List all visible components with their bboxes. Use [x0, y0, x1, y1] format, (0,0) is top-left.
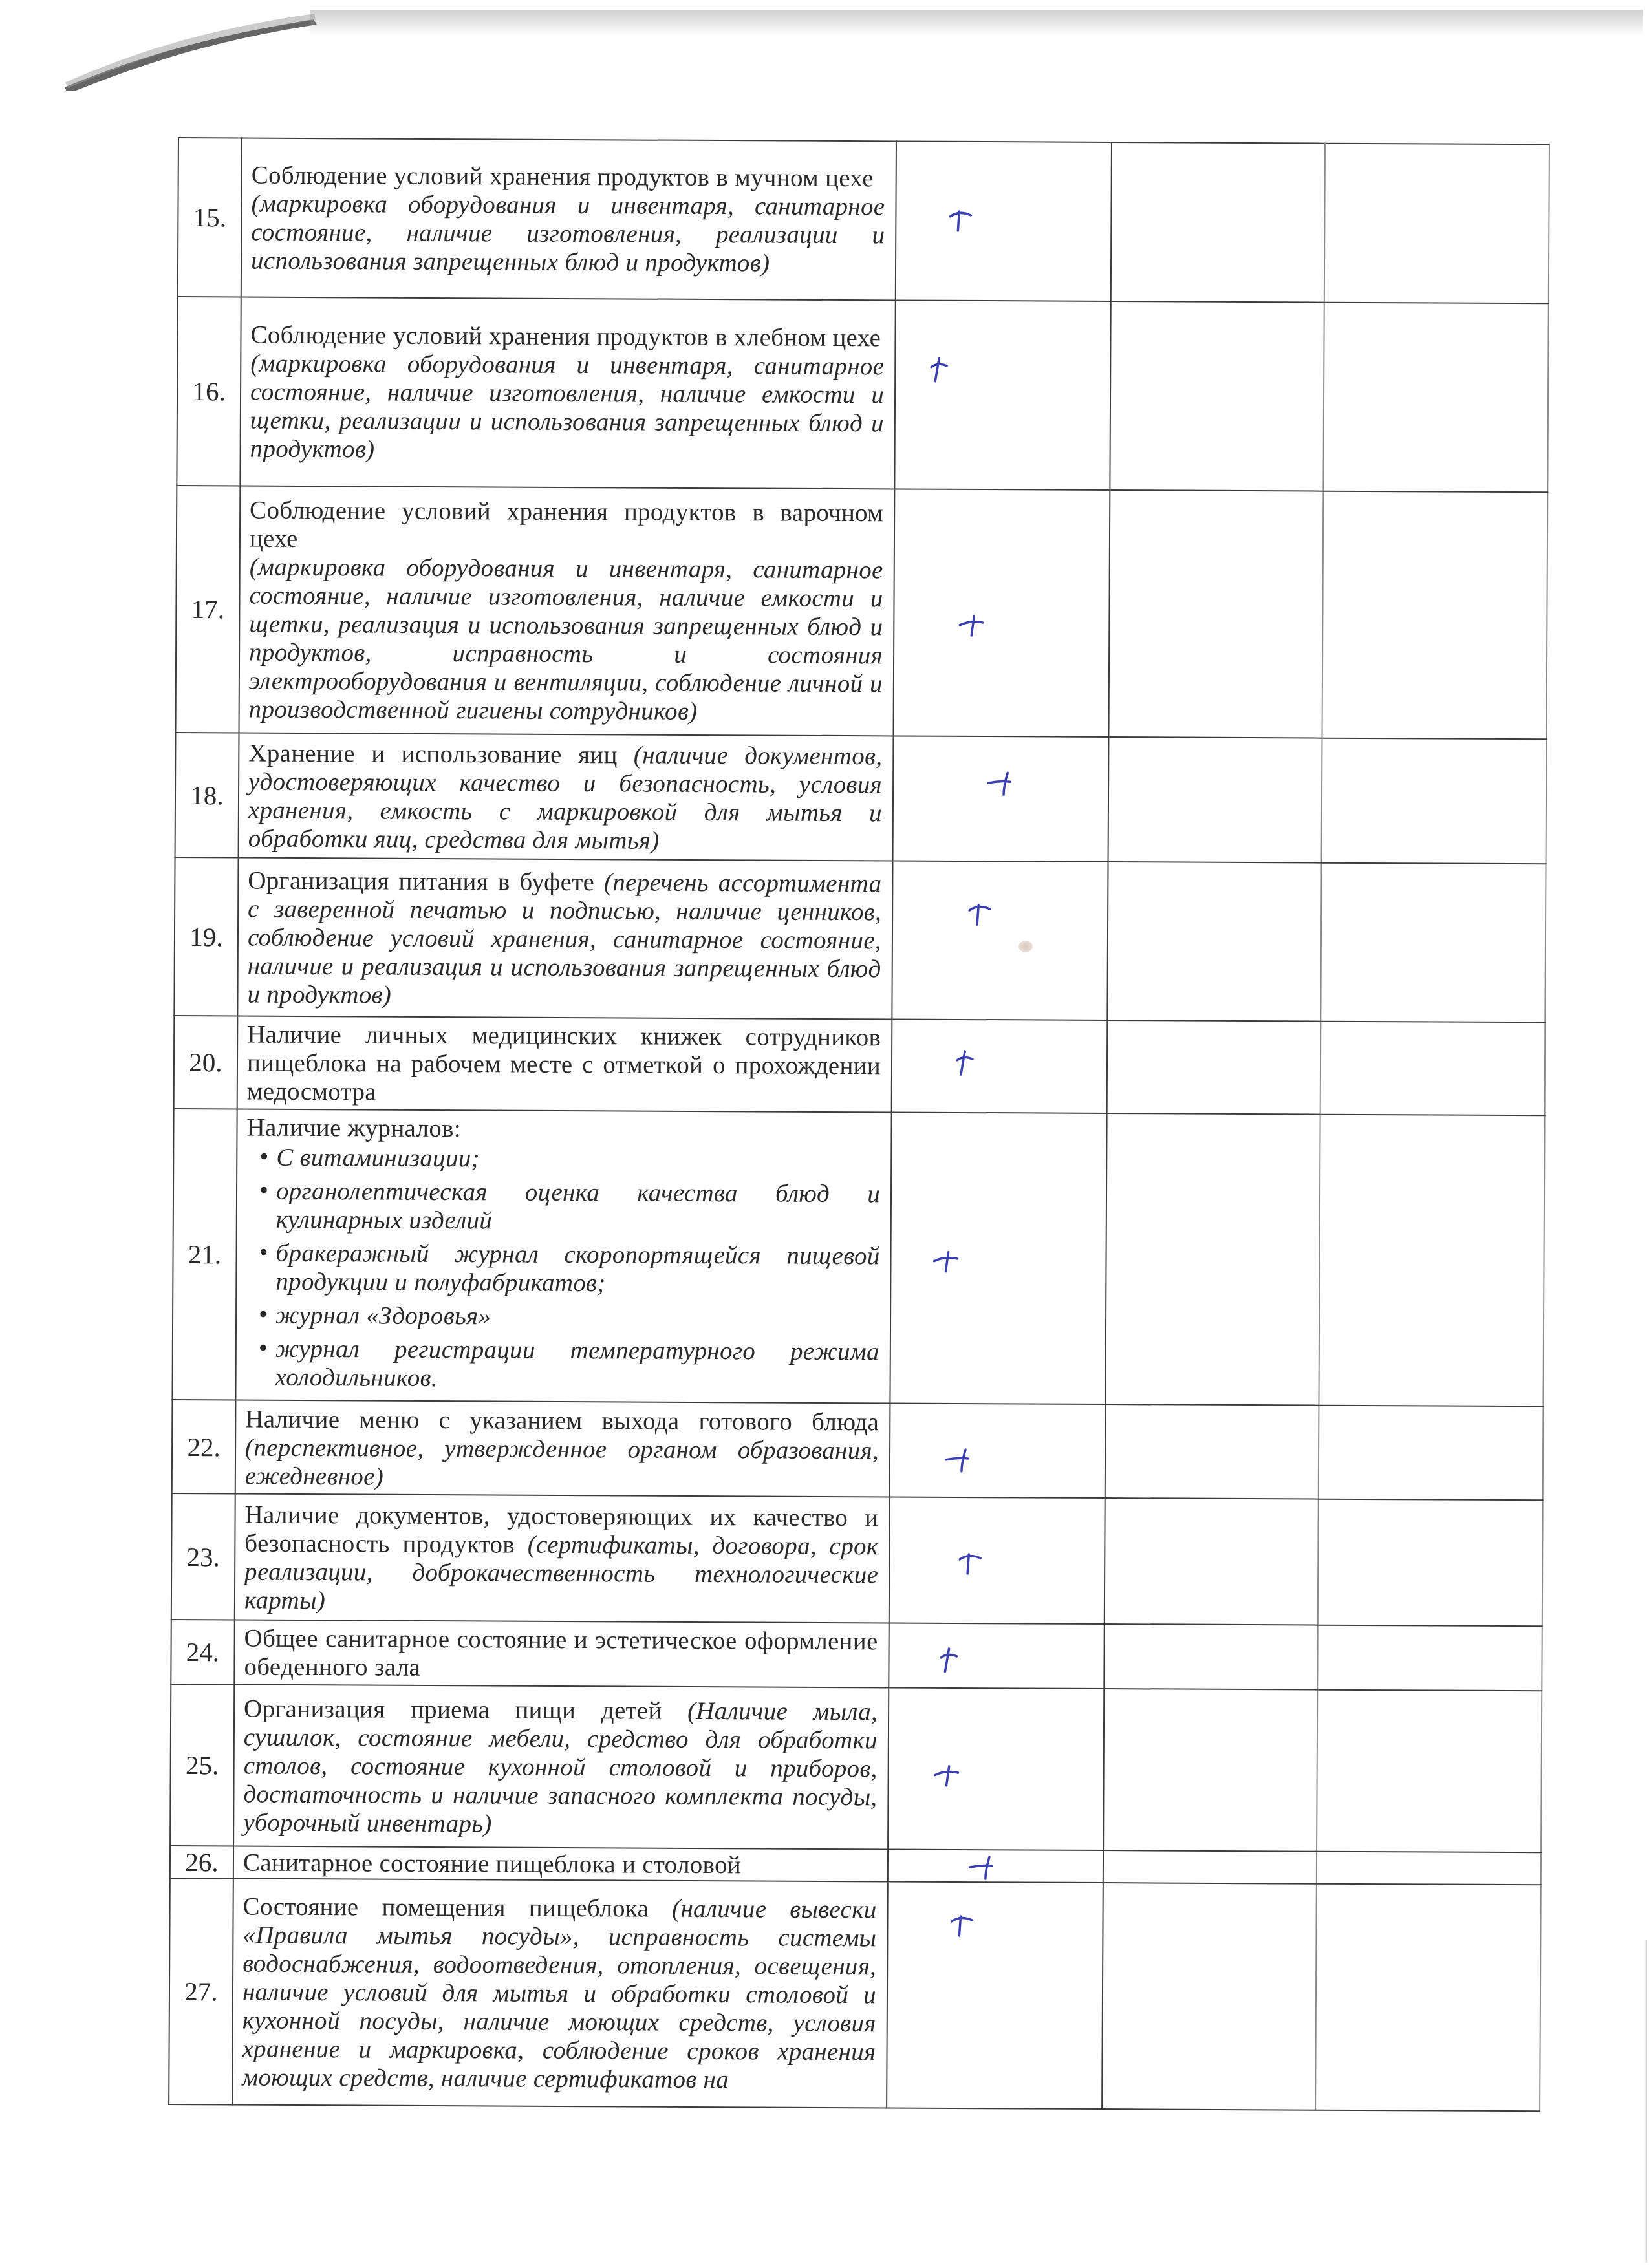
row-number: 25. [170, 1684, 234, 1846]
mark-cell[interactable] [896, 141, 1112, 301]
empty-cell[interactable] [1103, 1689, 1317, 1852]
checklist-row: 17.Соблюдение условий хранения продуктов… [175, 486, 1547, 739]
row-number: 23. [171, 1493, 235, 1620]
criterion-title: Общее санитарное состояние и эстетическо… [244, 1625, 878, 1682]
journal-list-item: бракеражный журнал скоропортящейся пищев… [264, 1239, 879, 1300]
criterion-details: (маркировка оборудования и инвентаря, са… [250, 350, 885, 464]
criterion-cell: Соблюдение условий хранения продуктов в … [240, 297, 895, 489]
empty-cell[interactable] [1324, 144, 1549, 304]
row-number: 26. [170, 1846, 233, 1878]
empty-cell[interactable] [1319, 1406, 1544, 1501]
handwritten-plus-icon [951, 1046, 980, 1076]
checklist-row: 18.Хранение и использование яиц (наличие… [175, 733, 1547, 864]
empty-cell[interactable] [1318, 1499, 1543, 1627]
criterion-cell: Наличие документов, удостоверяющих их ка… [235, 1493, 890, 1623]
empty-cell[interactable] [1320, 1022, 1546, 1116]
criterion-details: (наличие вывески «Правила мытья посуды»,… [242, 1895, 876, 2093]
empty-cell[interactable] [1317, 1852, 1541, 1885]
criterion-title: Санитарное состояние пищеблока и столово… [243, 1849, 741, 1879]
journal-list: С витаминизации;органолептическая оценка… [246, 1144, 881, 1395]
checklist-row: 27.Состояние помещения пищеблока (наличи… [169, 1878, 1541, 2111]
checklist-row: 21.Наличие журналов:С витаминизации;орга… [172, 1109, 1544, 1406]
criterion-title: Хранение и использование яиц [248, 739, 618, 769]
criterion-cell: Организация приема пищи детей (Наличие м… [233, 1684, 889, 1849]
checklist-body: 15.Соблюдение условий хранения продуктов… [169, 138, 1549, 2111]
criterion-cell: Организация питания в буфете (перечень а… [237, 857, 892, 1019]
checklist-row: 16.Соблюдение условий хранения продуктов… [177, 297, 1548, 492]
mark-cell[interactable] [888, 1849, 1103, 1883]
row-number: 27. [169, 1878, 233, 2104]
criterion-cell: Хранение и использование яиц (наличие до… [239, 733, 894, 861]
criterion-title: Наличие меню с указанием выхода готового… [245, 1405, 879, 1436]
handwritten-plus-icon [966, 1850, 996, 1880]
mark-cell[interactable] [890, 1403, 1106, 1498]
criterion-cell: Общее санитарное состояние и эстетическо… [234, 1620, 889, 1687]
criterion-cell: Санитарное состояние пищеблока и столово… [233, 1846, 888, 1881]
mark-cell[interactable] [889, 1623, 1104, 1689]
empty-cell[interactable] [1107, 1020, 1321, 1115]
empty-cell[interactable] [1111, 142, 1325, 303]
handwritten-plus-icon [925, 353, 954, 383]
checklist-row: 20.Наличие личных медицинских книжек сот… [174, 1016, 1546, 1115]
scan-edge-right [1644, 1940, 1647, 2263]
empty-cell[interactable] [1104, 1624, 1317, 1690]
criterion-cell: Наличие меню с указанием выхода готового… [235, 1400, 890, 1497]
handwritten-plus-icon [945, 204, 975, 233]
empty-cell[interactable] [1317, 1625, 1542, 1691]
criterion-details: (перспективное, утвержденное органом обр… [245, 1433, 879, 1490]
journal-list-item: С витаминизации; [264, 1144, 880, 1175]
row-number: 22. [172, 1400, 236, 1493]
checklist-row: 19.Организация питания в буфете (перечен… [174, 857, 1546, 1022]
journal-list-item: журнал «Здоровья» [264, 1301, 879, 1333]
criterion-cell: Наличие журналов:С витаминизации;органол… [235, 1109, 891, 1403]
handwritten-plus-icon [930, 1246, 960, 1276]
mark-cell[interactable] [894, 300, 1110, 490]
criterion-title: Наличие личных медицинских книжек сотруд… [247, 1021, 881, 1106]
handwritten-plus-icon [942, 1443, 972, 1473]
paper-fold-shadow [61, 13, 320, 91]
mark-cell[interactable] [893, 489, 1110, 737]
empty-cell[interactable] [1320, 863, 1546, 1023]
mark-cell[interactable] [892, 1019, 1108, 1113]
empty-cell[interactable] [1105, 1404, 1319, 1499]
criterion-title: Соблюдение условий хранения продуктов в … [252, 162, 874, 193]
mark-cell[interactable] [888, 1687, 1104, 1850]
empty-cell[interactable] [1102, 1883, 1317, 2110]
criterion-title: Наличие журналов: [246, 1114, 461, 1143]
checklist-row: 22.Наличие меню с указанием выхода готов… [172, 1400, 1544, 1500]
handwritten-plus-icon [931, 1760, 961, 1790]
criterion-title: Соблюдение условий хранения продуктов в … [250, 321, 881, 352]
empty-cell[interactable] [1105, 1498, 1319, 1625]
mark-cell[interactable] [893, 736, 1109, 862]
row-number: 16. [177, 297, 241, 486]
journal-list-item: журнал регистрации температурного режима… [264, 1335, 879, 1395]
checklist-row: 25.Организация приема пищи детей (Наличи… [170, 1684, 1542, 1852]
empty-cell[interactable] [1107, 862, 1321, 1022]
row-number: 18. [175, 733, 239, 857]
checklist-row: 24.Общее санитарное состояние и эстетиче… [171, 1620, 1542, 1691]
handwritten-plus-icon [984, 766, 1014, 796]
checklist-table: 15.Соблюдение условий хранения продуктов… [168, 137, 1550, 2112]
empty-cell[interactable] [1108, 737, 1322, 863]
empty-cell[interactable] [1315, 1884, 1541, 2112]
empty-cell[interactable] [1105, 1113, 1320, 1406]
row-number: 15. [178, 138, 242, 297]
journal-list-item: органолептическая оценка качества блюд и… [264, 1177, 880, 1237]
checklist-row: 23.Наличие документов, удостоверяющих их… [171, 1493, 1543, 1626]
scan-edge-shadow [310, 10, 1643, 36]
empty-cell[interactable] [1103, 1850, 1317, 1884]
row-number: 24. [171, 1620, 234, 1684]
checklist-row: 15.Соблюдение условий хранения продуктов… [178, 138, 1549, 303]
criterion-details: (маркировка оборудования и инвентаря, са… [249, 553, 883, 725]
mark-cell[interactable] [889, 1497, 1105, 1624]
handwritten-plus-icon [946, 1909, 976, 1938]
criterion-title: Состояние помещения пищеблока [243, 1893, 649, 1923]
criterion-cell: Состояние помещения пищеблока (наличие в… [232, 1878, 888, 2108]
row-number: 21. [172, 1109, 237, 1400]
row-number: 20. [174, 1016, 238, 1109]
row-number: 17. [175, 486, 240, 733]
handwritten-plus-icon [934, 1643, 964, 1673]
empty-cell[interactable] [1322, 738, 1547, 864]
empty-cell[interactable] [1110, 301, 1324, 491]
mark-cell[interactable] [887, 1881, 1103, 2109]
row-number: 19. [174, 857, 238, 1016]
criterion-title: Организация приема пищи детей [244, 1695, 662, 1725]
empty-cell[interactable] [1323, 303, 1548, 493]
criterion-title: Соблюдение условий хранения продуктов в … [250, 497, 883, 553]
empty-cell[interactable] [1108, 490, 1323, 738]
criterion-details: (маркировка оборудования и инвентаря, са… [251, 190, 885, 277]
criterion-title: Организация питания в буфете [248, 866, 594, 896]
criterion-cell: Соблюдение условий хранения продуктов в … [241, 138, 896, 300]
mark-cell[interactable] [892, 861, 1108, 1020]
criterion-cell: Наличие личных медицинских книжек сотруд… [237, 1016, 892, 1112]
empty-cell[interactable] [1322, 491, 1547, 740]
empty-cell[interactable] [1317, 1690, 1542, 1853]
criterion-cell: Соблюдение условий хранения продуктов в … [239, 486, 894, 736]
handwritten-plus-icon [956, 610, 986, 639]
mark-cell[interactable] [890, 1112, 1106, 1404]
handwritten-plus-icon [954, 1546, 984, 1576]
empty-cell[interactable] [1319, 1115, 1544, 1407]
handwritten-plus-icon [964, 897, 994, 927]
